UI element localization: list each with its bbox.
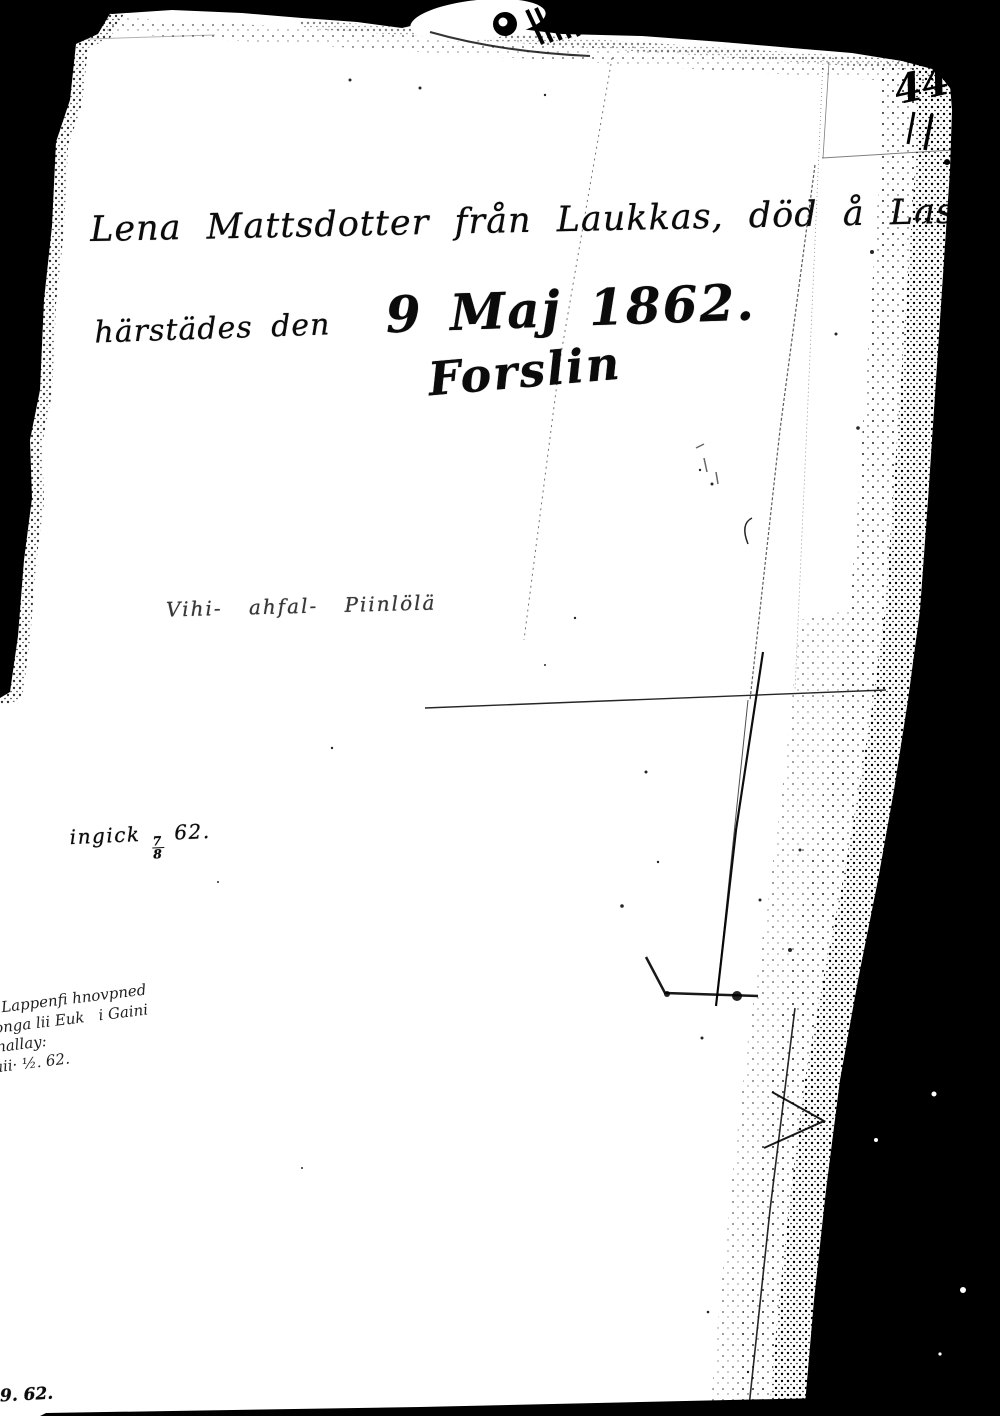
bottom-scan-edge bbox=[40, 1394, 1000, 1416]
right-scan-edge bbox=[710, 60, 1000, 1416]
entry-line-2-prefix: härstädes den bbox=[94, 307, 331, 350]
received-annotation: ingick 78 62. bbox=[69, 819, 211, 864]
page-number: 44 bbox=[890, 57, 954, 115]
received-date-fraction: 78 bbox=[151, 835, 164, 860]
mid-annotation: Vihi- ahfal- Piinlölä bbox=[166, 590, 437, 621]
top-scan-edge bbox=[0, 0, 1000, 130]
bottom-edge-annotation: 9. 62. bbox=[0, 1384, 54, 1407]
scanned-document-page: Lena Mattsdotter från Laukkas, död å Las… bbox=[0, 0, 1000, 1416]
entry-line-1: Lena Mattsdotter från Laukkas, död å Las… bbox=[90, 190, 1000, 250]
entry-date: 9 Maj 1862. bbox=[385, 272, 757, 344]
entry-line-2: härstädes den 9 Maj 1862. bbox=[93, 272, 756, 354]
received-year: 62. bbox=[174, 819, 211, 845]
scan-specks bbox=[217, 79, 874, 1374]
seal-fragment bbox=[408, 0, 590, 56]
signature: Forslin bbox=[426, 336, 623, 407]
received-word: ingick bbox=[69, 822, 141, 849]
corner-annotation: u Lappenfi hnovpned longa lii Euk i Gain… bbox=[0, 981, 155, 1078]
